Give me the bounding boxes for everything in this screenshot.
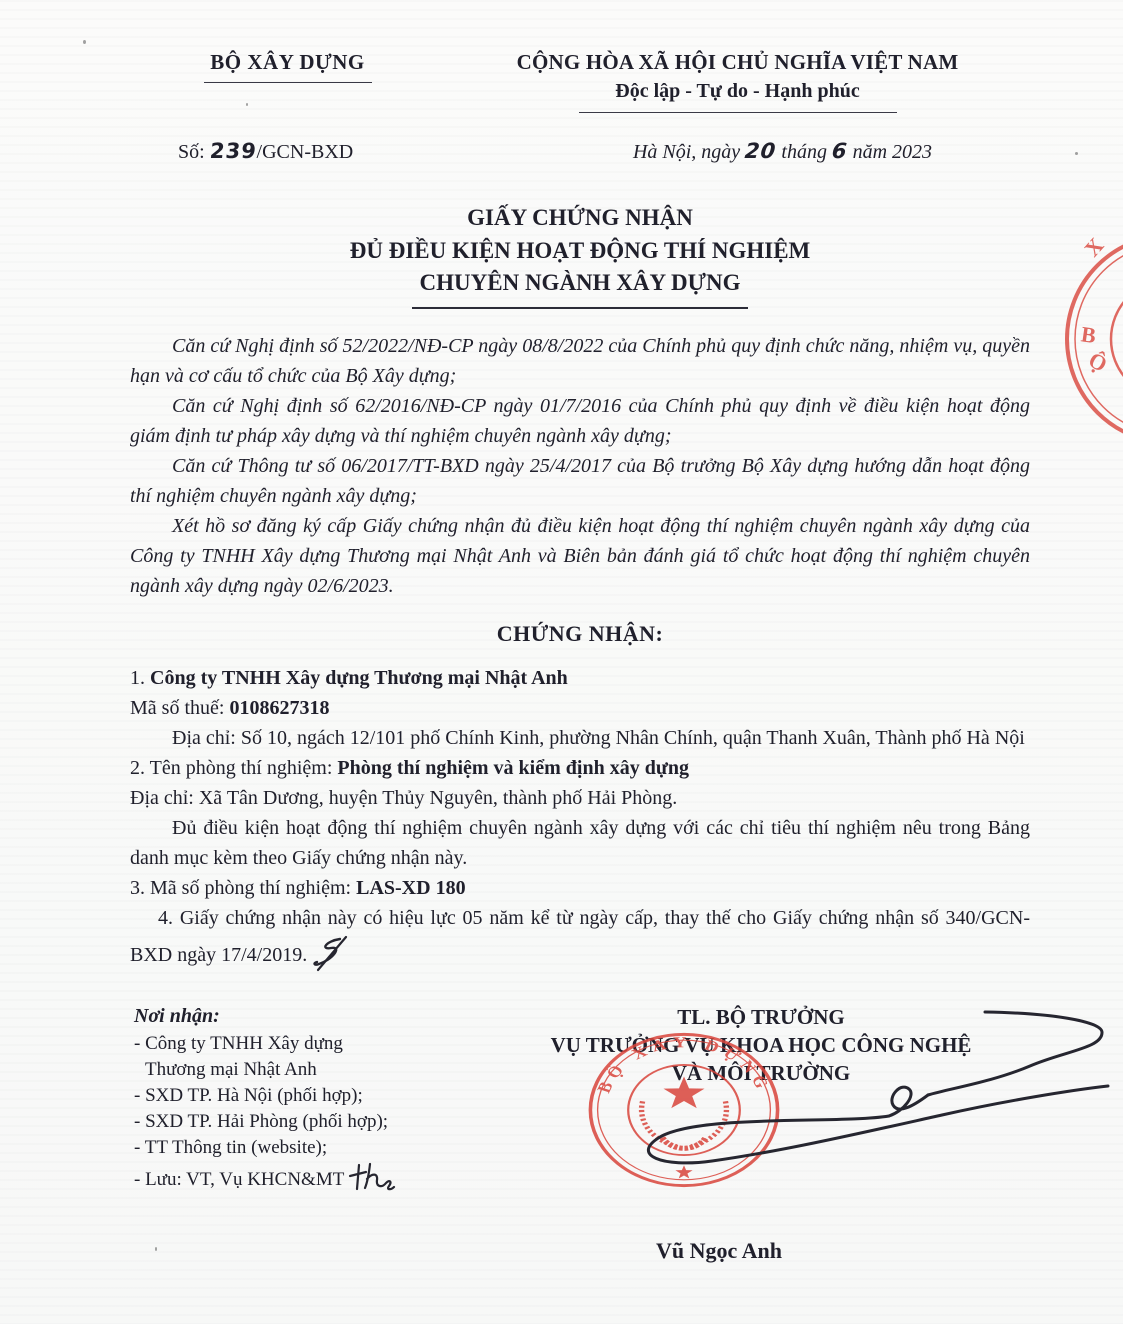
recipients-heading: Nơi nhận: (134, 1003, 492, 1029)
signer-title-line: VÀ MÔI TRƯỜNG (492, 1059, 1030, 1087)
date-between: tháng (781, 141, 827, 163)
date-prefix: Hà Nội, ngày (633, 141, 740, 163)
date-month-handwritten: 6 (831, 139, 849, 163)
scan-speck (155, 1247, 157, 1251)
recipients-block: Nơi nhận: - Công ty TNHH Xây dựng Thương… (130, 1003, 492, 1265)
item-company: 1. Công ty TNHH Xây dựng Thương mại Nhật… (130, 663, 1030, 693)
national-header-block: CỘNG HÒA XÃ HỘI CHỦ NGHĨA VIỆT NAM Độc l… (445, 50, 1030, 113)
lab-code-label: Mã số phòng thí nghiệm: (150, 877, 351, 899)
scan-speck (1075, 152, 1078, 155)
issuing-agency-block: BỘ XÂY DỰNG (130, 50, 445, 113)
doc-number-handwritten: 239 (208, 139, 257, 163)
item-number: 3. (130, 877, 145, 899)
recipient-line: - Lưu: VT, Vụ KHCN&MT (134, 1161, 492, 1193)
certify-heading: CHỨNG NHẬN: (130, 621, 1030, 647)
doc-number-suffix: /GCN-BXD (257, 141, 354, 163)
national-title: CỘNG HÒA XÃ HỘI CHỦ NGHĨA VIỆT NAM (445, 50, 1030, 75)
title-line-2: ĐỦ ĐIỀU KIỆN HOẠT ĐỘNG THÍ NGHIỆM (130, 235, 1030, 268)
footer-row: Nơi nhận: - Công ty TNHH Xây dựng Thương… (130, 1003, 1030, 1265)
item-number: 4. (158, 907, 173, 929)
preamble-paragraph: Căn cứ Nghị định số 62/2016/NĐ-CP ngày 0… (130, 391, 1030, 451)
tax-label: Mã số thuế: (130, 697, 224, 719)
preamble-section: Căn cứ Nghị định số 52/2022/NĐ-CP ngày 0… (130, 331, 1030, 601)
national-motto: Độc lập - Tự do - Hạnh phúc (445, 80, 1030, 103)
lab-code-value: LAS-XD 180 (356, 877, 465, 899)
lab-name-label: Tên phòng thí nghiệm: (150, 757, 333, 779)
item-lab-name: 2. Tên phòng thí nghiệm: Phòng thí nghiệ… (130, 753, 1030, 783)
preamble-paragraph: Căn cứ Thông tư số 06/2017/TT-BXD ngày 2… (130, 451, 1030, 511)
title-line-1: GIẤY CHỨNG NHẬN (130, 202, 1030, 235)
date-suffix: năm 2023 (853, 141, 932, 163)
issue-date: Hà Nội, ngày 20 tháng 6 năm 2023 (445, 139, 1030, 164)
document-title: GIẤY CHỨNG NHẬN ĐỦ ĐIỀU KIỆN HOẠT ĐỘNG T… (130, 202, 1030, 309)
signer-title-line: VỤ TRƯỞNG VỤ KHOA HỌC CÔNG NGHỆ (492, 1031, 1030, 1059)
doc-number-label: Số: (178, 141, 205, 163)
lab-name-value: Phòng thí nghiệm và kiểm định xây dựng (337, 757, 689, 779)
validity-statement: 4. Giấy chứng nhận này có hiệu lực 05 nă… (130, 903, 1030, 973)
company-name: Công ty TNHH Xây dựng Thương mại Nhật An… (150, 667, 568, 689)
handwritten-initial-icon (346, 1161, 396, 1193)
item-number: 1. (130, 667, 145, 689)
signature-area (492, 1087, 1030, 1237)
recipient-line: - SXD TP. Hà Nội (phối hợp); (134, 1083, 492, 1109)
certified-items: 1. Công ty TNHH Xây dựng Thương mại Nhật… (130, 663, 1030, 973)
agency-underline (204, 82, 372, 83)
item-lab-code: 3. Mã số phòng thí nghiệm: LAS-XD 180 (130, 873, 1030, 903)
document-number: Số: 239/GCN-BXD (130, 139, 445, 164)
recipient-line: - TT Thông tin (website); (134, 1135, 492, 1161)
company-address: Địa chỉ: Số 10, ngách 12/101 phố Chính K… (130, 723, 1030, 753)
certificate-page: BỘ XÂY DỰNG CỘNG HÒA XÃ HỘI CHỦ NGHĨA VI… (0, 0, 1123, 1324)
scan-speck (246, 103, 248, 106)
signature-block: TL. BỘ TRƯỞNG VỤ TRƯỞNG VỤ KHOA HỌC CÔNG… (492, 1003, 1030, 1265)
handwritten-paraph-icon (310, 933, 354, 973)
scan-speck (83, 40, 86, 44)
preamble-paragraph: Xét hồ sơ đăng ký cấp Giấy chứng nhận đủ… (130, 511, 1030, 601)
signer-name: Vũ Ngọc Anh (656, 1237, 782, 1265)
lab-address: Địa chỉ: Xã Tân Dương, huyện Thủy Nguyên… (130, 783, 1030, 813)
signer-title-line: TL. BỘ TRƯỞNG (492, 1003, 1030, 1031)
motto-underline (579, 112, 897, 113)
eligibility-statement: Đủ điều kiện hoạt động thí nghiệm chuyên… (130, 813, 1030, 873)
tax-value: 0108627318 (229, 697, 329, 719)
tax-code-line: Mã số thuế: 0108627318 (130, 693, 1030, 723)
item-number: 2. (130, 757, 145, 779)
document-header: BỘ XÂY DỰNG CỘNG HÒA XÃ HỘI CHỦ NGHĨA VI… (130, 50, 1030, 113)
number-date-row: Số: 239/GCN-BXD Hà Nội, ngày 20 tháng 6 … (130, 139, 1030, 164)
recipient-line: - Công ty TNHH Xây dựng (134, 1031, 492, 1057)
recipient-line: Thương mại Nhật Anh (134, 1057, 492, 1083)
issuing-agency-name: BỘ XÂY DỰNG (130, 50, 445, 75)
preamble-paragraph: Căn cứ Nghị định số 52/2022/NĐ-CP ngày 0… (130, 331, 1030, 391)
recipient-line: - SXD TP. Hải Phòng (phối hợp); (134, 1109, 492, 1135)
title-line-3: CHUYÊN NGÀNH XÂY DỰNG (412, 267, 749, 309)
validity-text: Giấy chứng nhận này có hiệu lực 05 năm k… (130, 907, 1030, 966)
date-day-handwritten: 20 (744, 139, 778, 163)
